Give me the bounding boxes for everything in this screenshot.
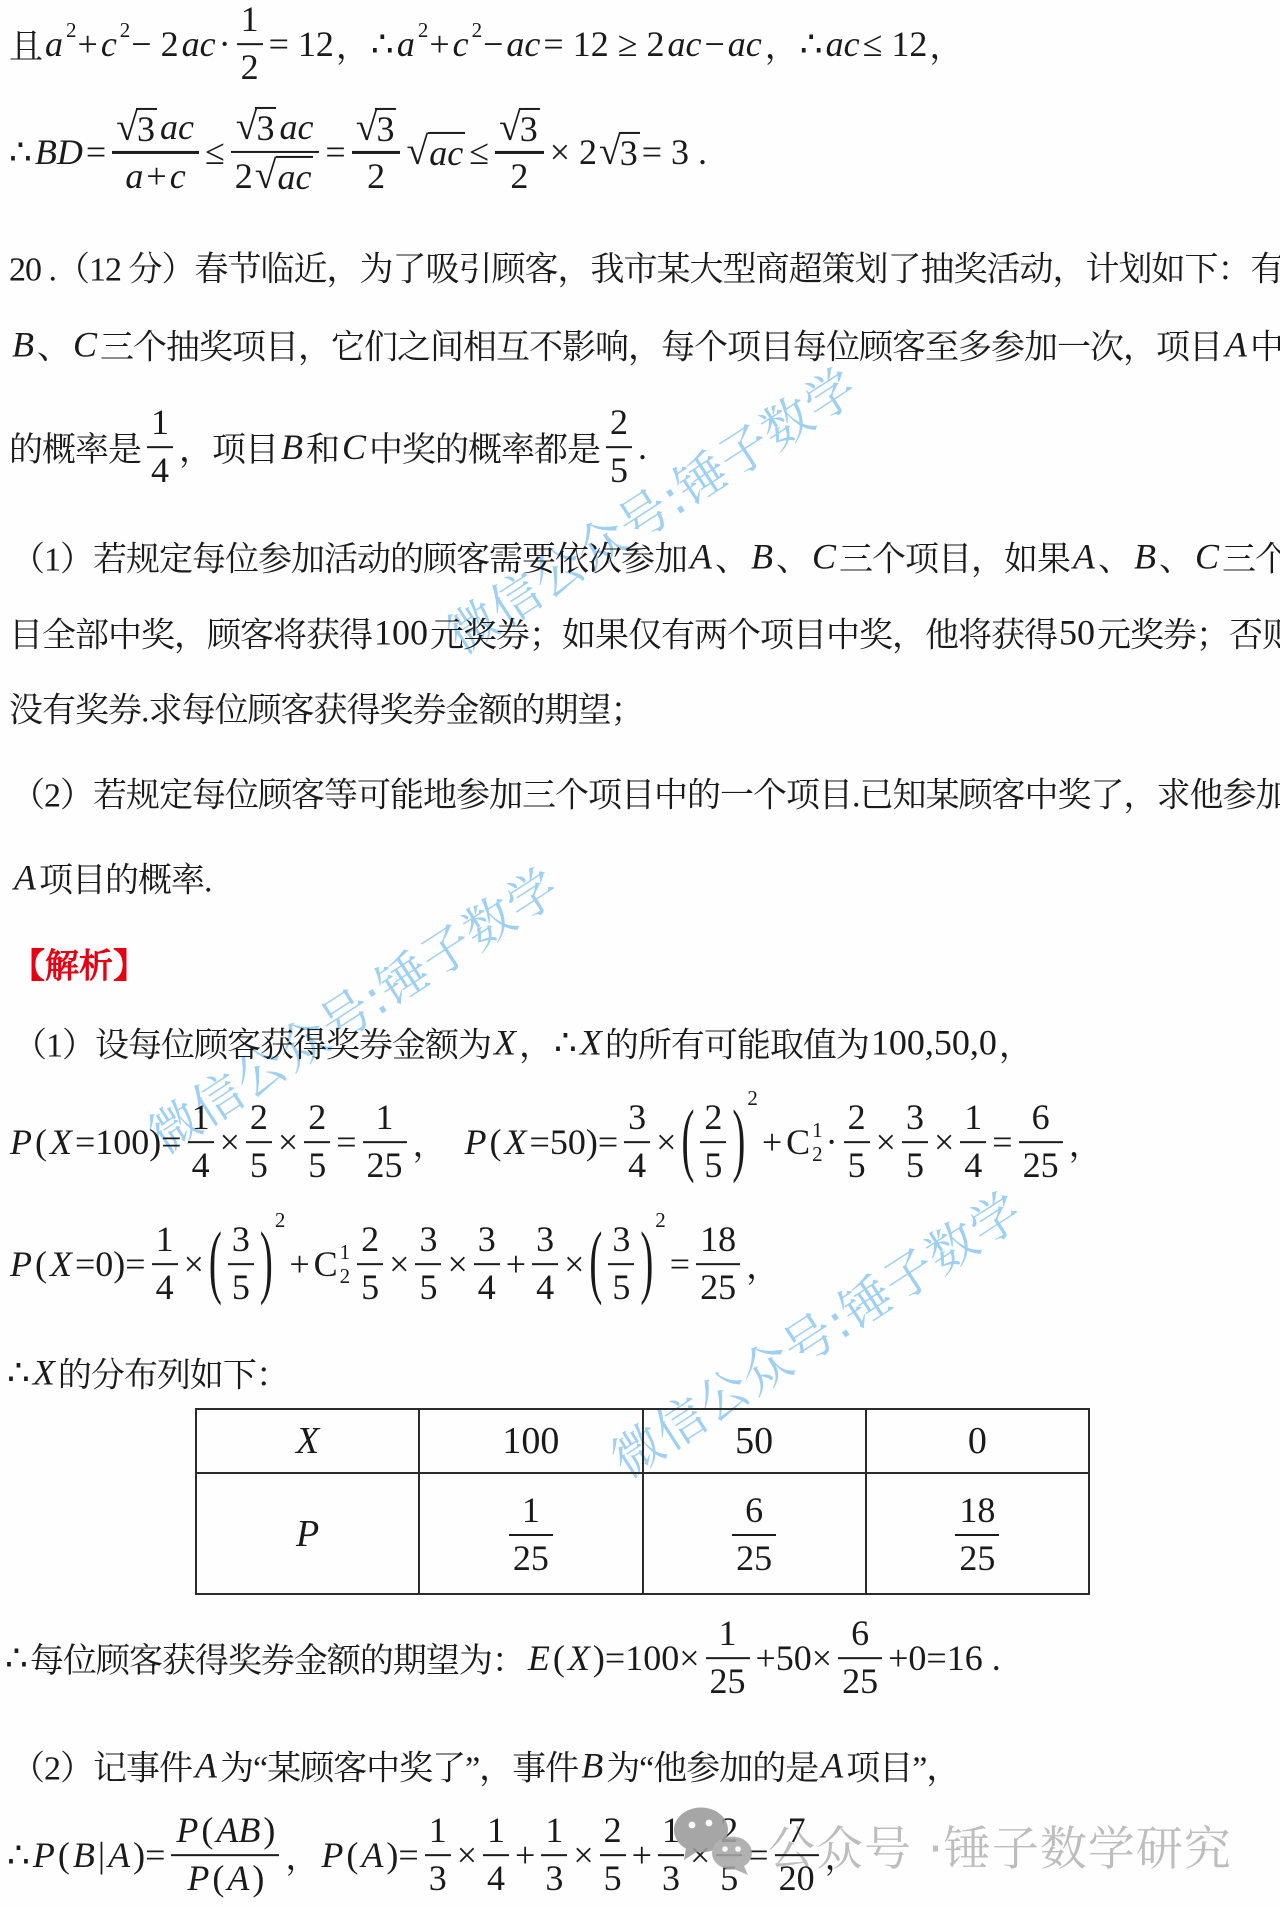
line-part2-question-end: A项目的概率.: [12, 853, 213, 902]
p-label: P: [296, 1513, 319, 1555]
line-problem-20-intro: 20 .（12 分）春节临近，为了吸引顾客，我市某大型商超策划了抽奖活动，计划如…: [8, 242, 1280, 291]
table-row-x: X 100 50 0: [196, 1409, 1089, 1473]
table-row-p: P 125 625 1825: [196, 1473, 1089, 1594]
line-p0: P(X =0)= 14×(35)2+C1225×35×34+34×(35)2= …: [8, 1220, 780, 1308]
line-bd-inequality: ∴ BD = √3aca + c ≤ √3ac2√ac = √32√ac ≤ √…: [8, 107, 708, 197]
line-part1-question-cont: 目全部中奖，顾客将获得100 元奖券；如果仅有两个项目中奖，他将获得50 元奖券…: [8, 608, 1280, 657]
p-fraction-cell: 625: [643, 1473, 866, 1594]
p-fraction-cell: 125: [419, 1473, 642, 1594]
line-probabilities: 的概率是14，项目B和C中奖的概率都是25.: [8, 403, 648, 491]
line-p100-p50: P(X =100)= 14×25×25= 125，P(X =50)= 34×(2…: [8, 1098, 1103, 1186]
line-part1-question-end: 没有奖券.求每位顾客获得奖券金额的期望；: [8, 683, 645, 732]
wechat-icon: [672, 1806, 758, 1876]
analysis-heading: 【解析】: [10, 939, 148, 988]
line-cosine-condition: 且a2 + c2 − 2ac · 12 = 12，∴ a2 + c2 − ac …: [8, 0, 963, 88]
x-value-cell: 100: [419, 1409, 642, 1473]
x-label: X: [296, 1420, 319, 1462]
x-value-cell: 50: [643, 1409, 866, 1473]
line-problem-20-cont: B、C三个抽奖项目，它们之间相互不影响，每个项目每位顾客至多参加一次，项目A中奖: [10, 320, 1280, 369]
line-part1-question: （1）若规定每位参加活动的顾客需要依次参加A、B、C三个项目，如果A、B、C三个…: [10, 532, 1280, 581]
distribution-table: X 100 50 0 P 125 625 1825: [195, 1408, 1090, 1595]
line-define-x: （1）设每位顾客获得奖券金额为X，∴X 的所有可能取值为100,50,0，: [12, 1018, 1033, 1067]
line-distribution-intro: ∴X 的分布列如下：: [6, 1348, 290, 1397]
x-value-cell: 0: [866, 1409, 1089, 1473]
line-expectation: ∴每位顾客获得奖券金额的期望为：E(X)=100× 125+50× 625+0=…: [4, 1614, 1002, 1702]
line-part2-question: （2）若规定每位顾客等可能地参加三个项目中的一个项目.已知某顾客中奖了，求他参加…: [10, 768, 1280, 817]
p-fraction-cell: 1825: [866, 1473, 1089, 1594]
line-part2-events: （2）记事件A为“某顾客中奖了”，事件B为“他参加的是A项目”，: [10, 1741, 960, 1790]
